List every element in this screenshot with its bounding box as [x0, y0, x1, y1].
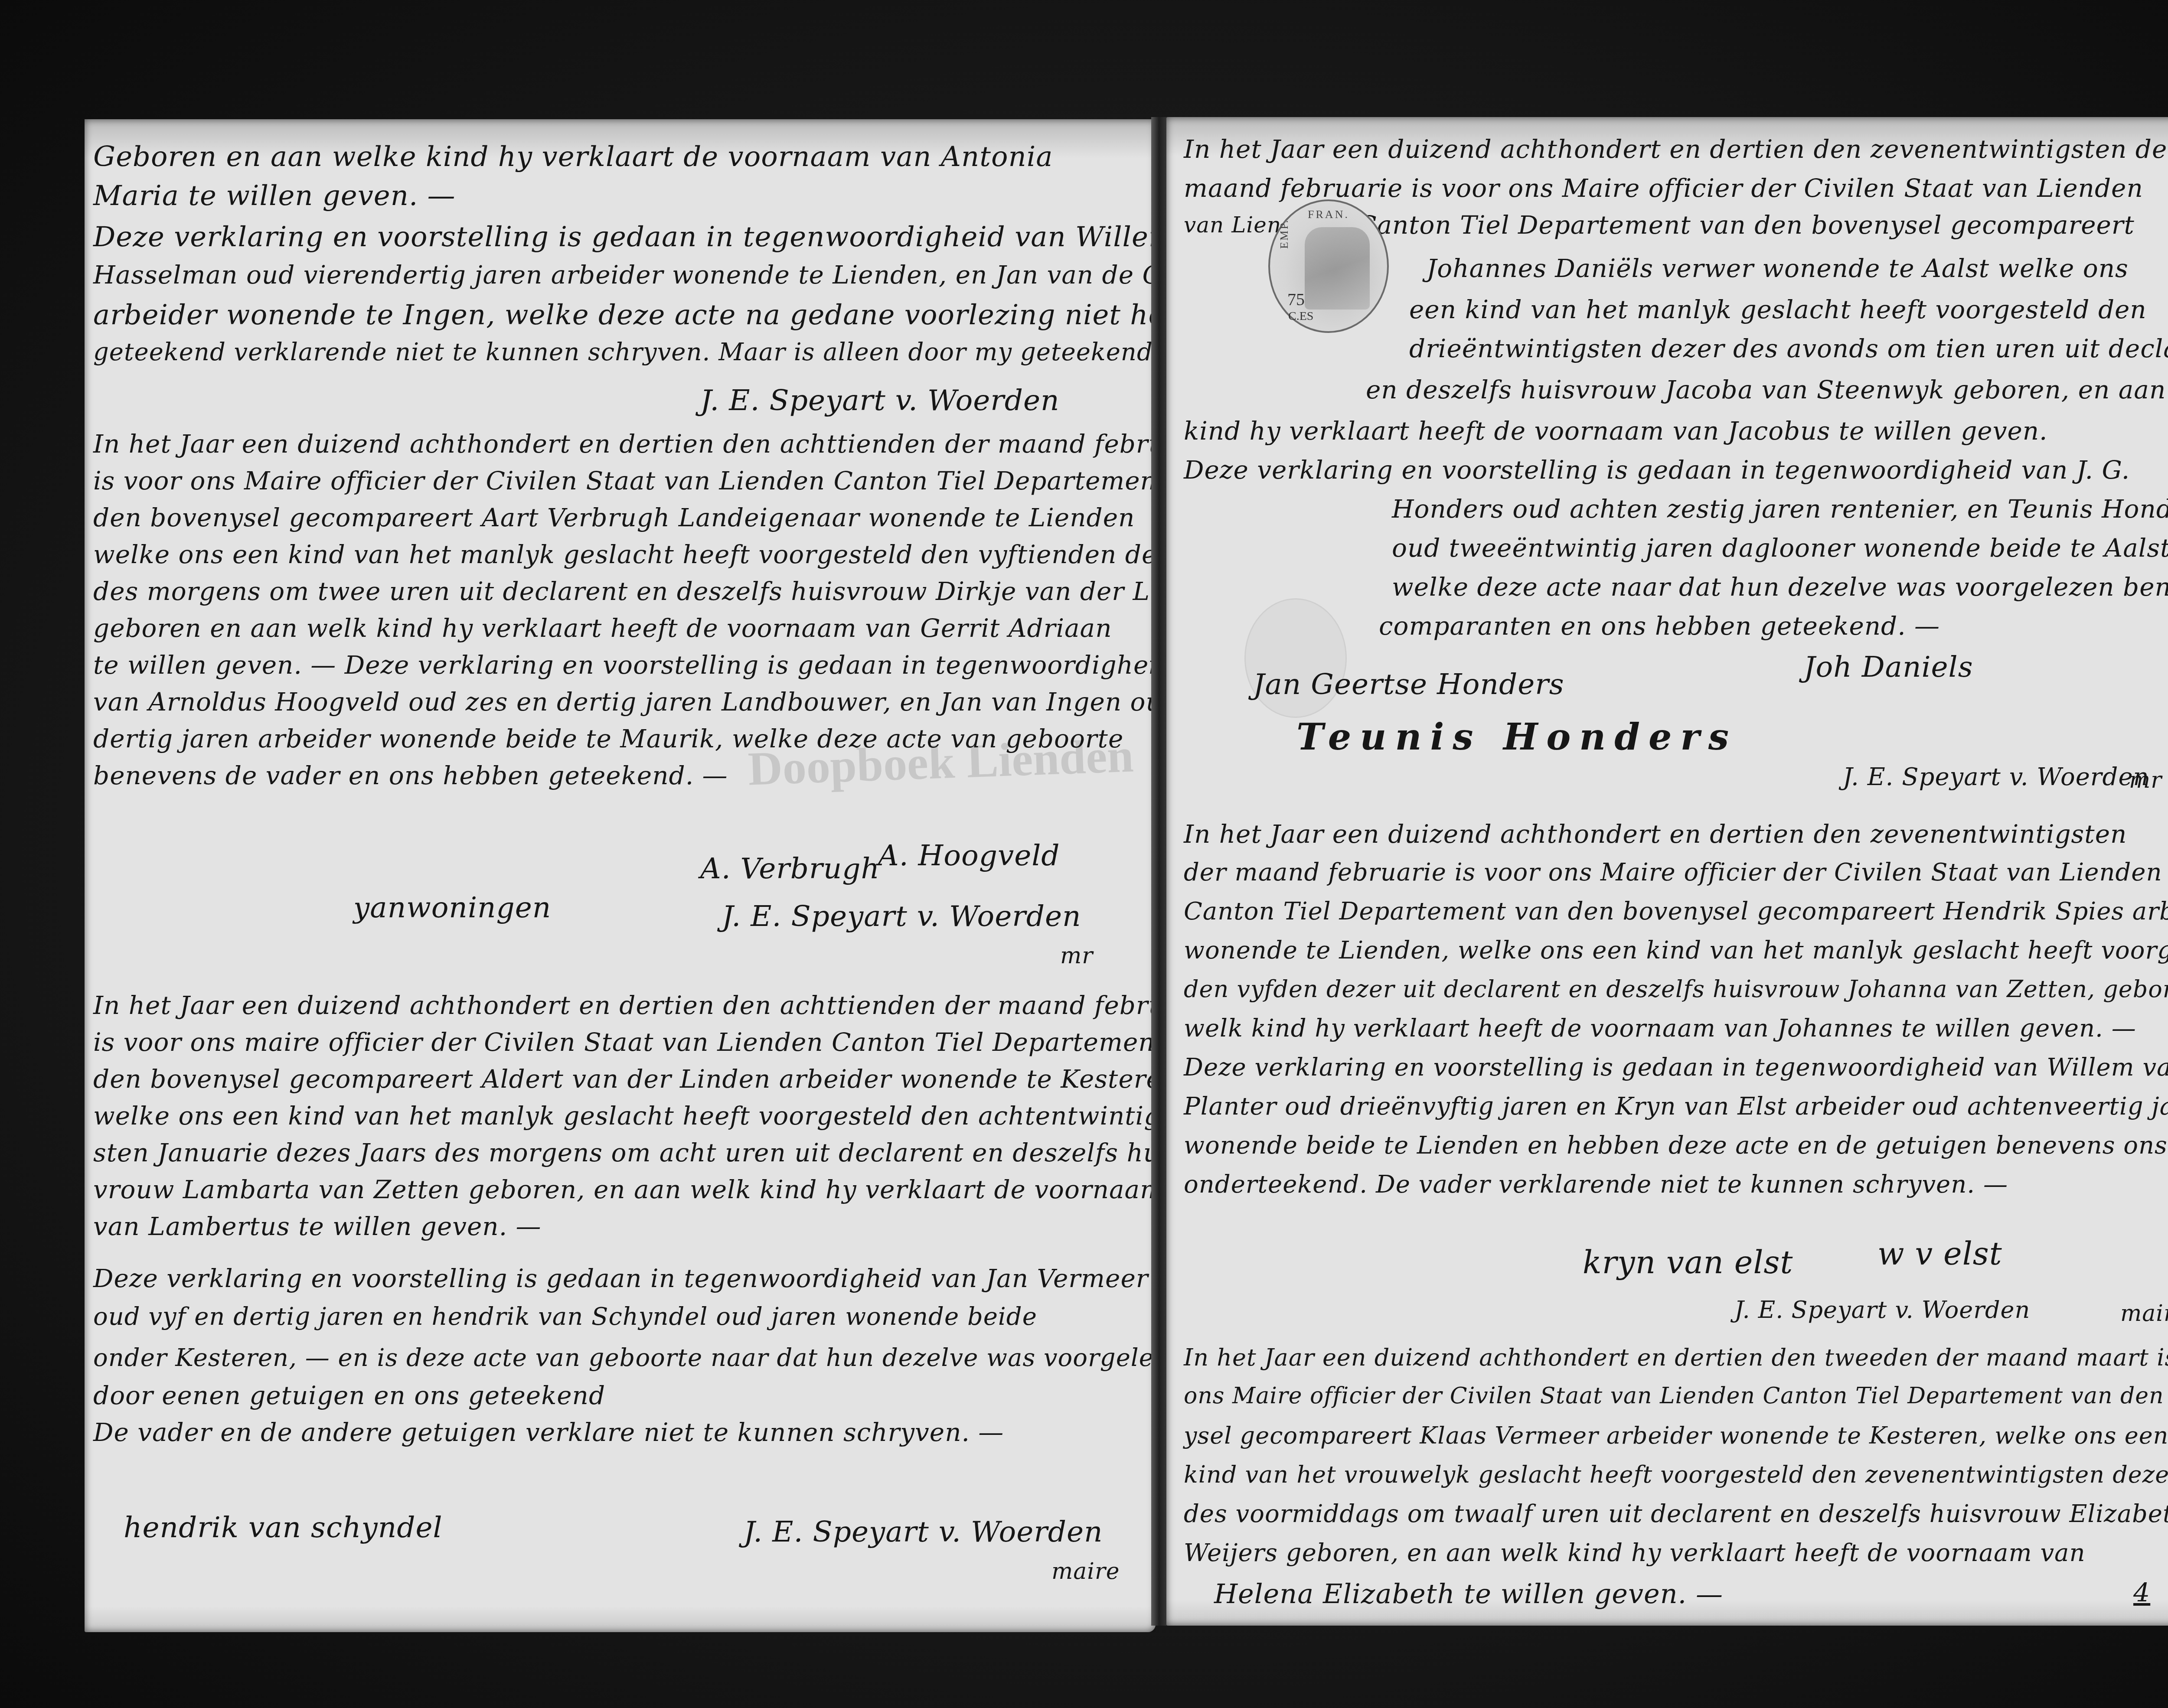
- signature-daniels: Joh Daniels: [1804, 650, 1973, 684]
- entry-line: den vyfden dezer uit declarent en deszel…: [1184, 975, 2168, 1003]
- right-page: b Jfd In het Jaar een duizend achthonder…: [1166, 117, 2168, 1626]
- signature-w-van-elst: w v elst: [1877, 1235, 2002, 1272]
- entry-line: Helena Elizabeth te willen geven. —: [1214, 1578, 1723, 1610]
- left-line: Maria te willen geven. —: [93, 180, 456, 212]
- entry-line: welke ons een kind van het manlyk geslac…: [93, 1101, 1160, 1131]
- entry-line: den bovenysel gecompareert Aldert van de…: [93, 1064, 1178, 1094]
- entry-line: des morgens om twee uren uit declarent e…: [93, 577, 1224, 606]
- entry-line: onderteekend. De vader verklarende niet …: [1184, 1170, 2008, 1199]
- entry-line: onder Kesteren, — en is deze acte van ge…: [93, 1344, 1198, 1372]
- left-line: Deze verklaring en voorstelling is gedaa…: [93, 221, 1175, 253]
- faint-stamp-impression: [1244, 598, 1347, 718]
- entry-line: Johannes Daniëls verwer wonende te Aalst…: [1427, 254, 2129, 283]
- entry-line: oud vyf en dertig jaren en hendrik van S…: [93, 1303, 1037, 1331]
- entry-line: der maand februarie is voor ons Maire of…: [1184, 858, 2162, 887]
- entry-line: oud tweeëntwintig jaren daglooner wonend…: [1392, 533, 2168, 563]
- entry-line: geboren en aan welk kind hy verklaart he…: [93, 613, 1112, 643]
- mayor-title: mr: [2129, 767, 2162, 793]
- entry-line: des voormiddags om twaalf uren uit decla…: [1184, 1500, 2168, 1528]
- entry-line: drieëntwintigsten dezer des avonds om ti…: [1409, 334, 2168, 363]
- entry-line: Deze verklaring en voorstelling is gedaa…: [93, 1264, 1148, 1293]
- entry-line: wonende beide te Lienden en hebben deze …: [1184, 1131, 2168, 1160]
- entry-line: ons Maire officier der Civilen Staat van…: [1184, 1383, 2168, 1409]
- signature-teunis-honders: Teunis Honders: [1296, 715, 1737, 758]
- stamp-side-text: EMP.: [1278, 219, 1291, 249]
- mayor-signature: J. E. Speyart v. Woerden: [1734, 1296, 2030, 1323]
- page-number: 4: [2133, 1578, 2150, 1608]
- mayor-signature: J. E. Speyart v. Woerden: [1843, 763, 2149, 791]
- entry-line: In het Jaar een duizend achthondert en d…: [1184, 134, 2168, 164]
- entry-line: Deze verklaring en voorstelling is gedaa…: [1184, 1053, 2168, 1082]
- entry-line: maand februarie is voor ons Maire offici…: [1184, 173, 2143, 203]
- entry-line: welke ons een kind van het manlyk geslac…: [93, 540, 1199, 569]
- entry-line: is voor ons maire officier der Civilen S…: [93, 1027, 1221, 1057]
- entry-line: een kind van het manlyk geslacht heeft v…: [1409, 295, 2147, 324]
- mayor-title: maire: [1051, 1558, 1120, 1584]
- stamp-unit: C.ES: [1288, 310, 1313, 323]
- left-line: Hasselman oud vierendertig jaren arbeide…: [93, 260, 1216, 290]
- entry-line: en deszelfs huisvrouw Jacoba van Steenwy…: [1366, 375, 2168, 404]
- tax-stamp: FRAN. EMP. 75 C.ES: [1268, 199, 1389, 333]
- entry-line: In het Jaar een duizend achthondert en d…: [93, 429, 1217, 459]
- entry-line: Honders oud achten zestig jaren rentenie…: [1392, 494, 2168, 524]
- left-line: arbeider wonende te Ingen, welke deze ac…: [93, 299, 1237, 331]
- stamp-figure-icon: [1305, 227, 1370, 310]
- entry-line: kind hy verklaart heeft de voornaam van …: [1184, 416, 2048, 446]
- mayor-signature: J. E. Speyart v. Woerden: [744, 1515, 1103, 1548]
- entry-line: wonende te Lienden, welke ons een kind v…: [1184, 936, 2168, 965]
- left-page: Doopboek Lienden Geboren en aan welke ki…: [85, 119, 1156, 1632]
- entry-line: Canton Tiel Departement van den bovenyse…: [1184, 897, 2168, 926]
- entry-line: In het Jaar een duizend achthondert en d…: [1184, 1344, 2168, 1371]
- entry-line: van Arnoldus Hoogveld oud zes en dertig …: [93, 687, 1179, 717]
- entry-line: In het Jaar een duizend achthondert en d…: [1184, 819, 2127, 849]
- mayor-signature: J. E. Speyart v. Woerden: [700, 384, 1060, 417]
- entry-line: benevens de vader en ons hebben geteeken…: [93, 761, 728, 790]
- entry-line: te willen geven. — Deze verklaring en vo…: [93, 650, 1174, 680]
- entry-line: den bovenysel gecompareert Aart Verbrugh…: [93, 503, 1135, 532]
- signature-hoogveld: A. Hoogveld: [878, 839, 1060, 872]
- entry-line: welk kind hy verklaart heeft de voornaam…: [1184, 1014, 2136, 1043]
- signature-schyndel: hendrik van schyndel: [124, 1511, 443, 1544]
- stamp-value: 75: [1287, 289, 1305, 310]
- signature-kryn-van-elst: kryn van elst: [1583, 1244, 1793, 1281]
- entry-line: van Lambertus te willen geven. —: [93, 1212, 542, 1241]
- entry-line: comparanten en ons hebben geteekend. —: [1379, 611, 1940, 641]
- margin-word: yanwoningen: [353, 891, 551, 924]
- entry-line: dertig jaren arbeider wonende beide te M…: [93, 724, 1123, 753]
- entry-line: In het Jaar een duizend achthondert en d…: [93, 991, 1217, 1020]
- entry-line: vrouw Lambarta van Zetten geboren, en aa…: [93, 1175, 1164, 1204]
- entry-line: door eenen getuigen en ons geteekend: [93, 1381, 605, 1410]
- entry-line: De vader en de andere getuigen verklare …: [93, 1418, 1004, 1447]
- entry-line: ysel gecompareert Klaas Vermeer arbeider…: [1184, 1422, 2168, 1449]
- signature-verbrugh: A. Verbrugh: [700, 852, 880, 885]
- entry-line: Deze verklaring en voorstelling is gedaa…: [1184, 455, 2130, 485]
- left-line: Geboren en aan welke kind hy verklaart d…: [93, 141, 1053, 173]
- mayor-signature: J. E. Speyart v. Woerden: [722, 900, 1081, 933]
- left-line: geteekend verklarende niet te kunnen sch…: [93, 338, 1194, 366]
- entry-line: Canton Tiel Departement van den bovenyse…: [1357, 210, 2135, 240]
- mayor-title: mr: [1060, 943, 1093, 969]
- entry-line: welke deze acte naar dat hun dezelve was…: [1392, 572, 2168, 602]
- mayor-title: maire: [2120, 1301, 2168, 1327]
- entry-line: sten Januarie dezes Jaars des morgens om…: [93, 1138, 1182, 1167]
- entry-line: Planter oud drieënvyftig jaren en Kryn v…: [1184, 1092, 2168, 1121]
- entry-line: kind van het vrouwelyk geslacht heeft vo…: [1184, 1461, 2168, 1488]
- entry-line: Weijers geboren, en aan welk kind hy ver…: [1184, 1539, 2086, 1567]
- book-gutter: [1151, 117, 1169, 1626]
- entry-line: is voor ons Maire officier der Civilen S…: [93, 466, 1222, 495]
